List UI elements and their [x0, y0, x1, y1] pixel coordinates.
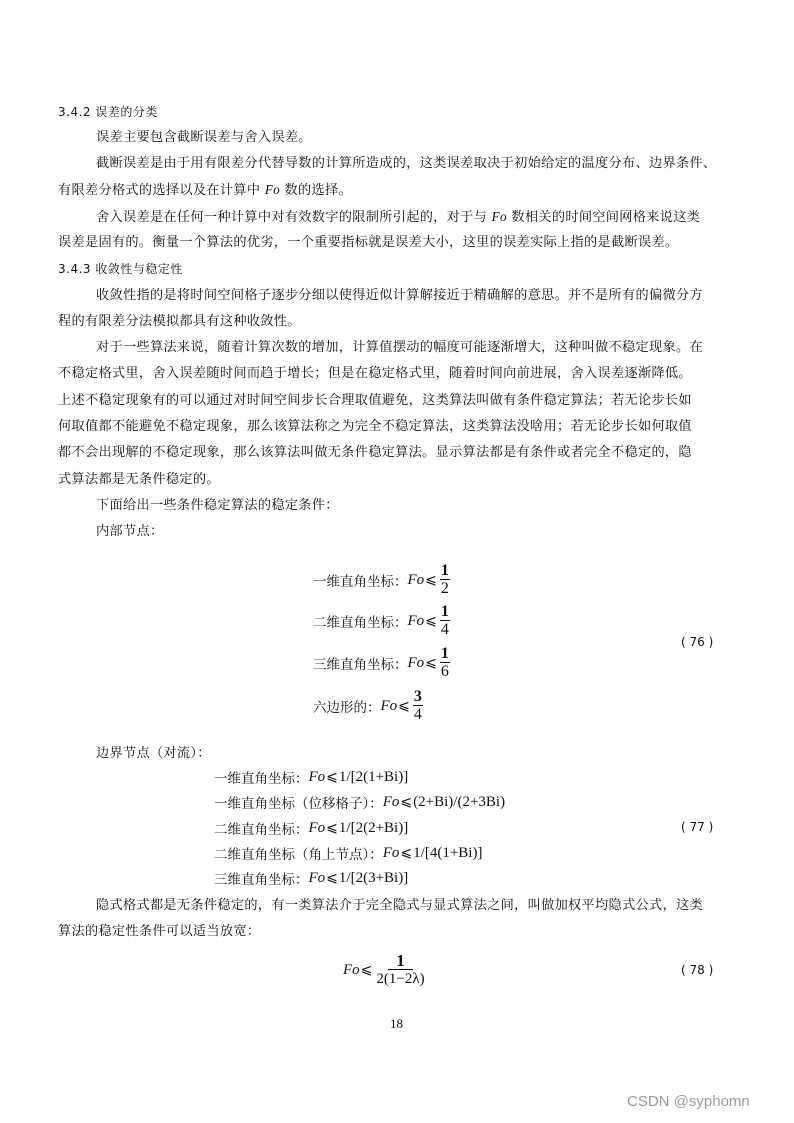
section-heading-3-4-2: 3.4.2 误差的分类: [58, 104, 158, 120]
equation-number: ( 77 ): [681, 820, 713, 834]
fo-symbol: Fo: [408, 655, 425, 672]
boundary-nodes-label: 边界节点（对流）：: [96, 746, 211, 762]
paragraph-line: 何取值都不能避免不稳定现象，那么该算法称之为完全不稳定算法，这类算法没啥用；若无…: [58, 419, 692, 435]
denominator: 6: [440, 663, 450, 681]
paragraph-line: 误差主要包含截断误差与舍入误差。: [96, 130, 312, 146]
fo-symbol: Fo: [309, 769, 326, 786]
equation-row: Fo ⩽ 1 2(1−2λ): [343, 952, 426, 988]
paragraph-line: 收敛性指的是将时间空间格子逐步分细以使得近似计算解接近于精确解的意思。并不是所有…: [96, 288, 703, 304]
equation-label: 二维直角坐标：: [214, 818, 309, 838]
equation-rhs: 1/[2(2+Bi)]: [339, 820, 408, 837]
equation-row: 一维直角坐标： Fo ⩽ 1 2: [313, 562, 450, 598]
equation-rhs: 1/[2(3+Bi)]: [339, 870, 408, 887]
fo-symbol: Fo: [343, 962, 360, 979]
leq-symbol: ⩽: [326, 820, 338, 836]
text-span: 数相关的时间空间网格来说这类: [507, 210, 700, 225]
equation-rhs: 1/[2(1+Bi)]: [339, 769, 408, 786]
equation-row: 六边形的： Fo ⩽ 3 4: [313, 688, 423, 724]
denominator: 2(1−2λ): [375, 970, 425, 988]
watermark: CSDN @syphomn: [627, 1093, 750, 1110]
denominator: 4: [413, 706, 423, 724]
fraction: 1 2: [440, 562, 450, 598]
paragraph-line: 截断误差是由于用有限差分代替导数的计算所造成的，这类误差取决于初始给定的温度分布…: [96, 156, 716, 172]
denominator: 2: [440, 580, 450, 598]
text-span: 有限差分格式的选择以及在计算中: [58, 183, 265, 198]
numerator: 1: [440, 645, 450, 663]
equation-row: 三维直角坐标： Fo ⩽ 1 6: [313, 645, 450, 681]
fo-symbol: Fo: [408, 572, 425, 589]
equation-row: 二维直角坐标： Fo ⩽ 1 4: [313, 603, 450, 639]
leq-symbol: ⩽: [398, 698, 410, 714]
equation-row: 一维直角坐标（位移格子）： Fo ⩽ (2+Bi)/(2+3Bi): [214, 792, 505, 812]
fo-symbol: Fo: [265, 182, 280, 197]
paragraph-line: 误差是固有的。衡量一个算法的优劣，一个重要指标就是误差大小，这里的误差实际上指的…: [58, 235, 678, 251]
section-heading-3-4-3: 3.4.3 收敛性与稳定性: [58, 261, 183, 277]
equation-label: 六边形的：: [313, 696, 381, 716]
leq-symbol: ⩽: [425, 613, 437, 629]
equation-label: 三维直角坐标：: [313, 653, 408, 673]
paragraph-line: 对于一些算法来说，随着计算次数的增加，计算值摆动的幅度可能逐渐增大，这种叫做不稳…: [96, 340, 703, 356]
fo-symbol: Fo: [383, 845, 400, 862]
paragraph-line: 程的有限差分法模拟都具有这种收敛性。: [58, 314, 301, 330]
equation-number: ( 76 ): [681, 635, 713, 649]
equation-row: 二维直角坐标（角上节点）： Fo ⩽ 1/[4(1+Bi)]: [214, 843, 482, 863]
leq-symbol: ⩽: [326, 870, 338, 886]
numerator: 1: [440, 603, 450, 621]
fo-symbol: Fo: [383, 794, 400, 811]
numerator: 3: [413, 688, 423, 706]
fraction: 3 4: [413, 688, 423, 724]
fo-symbol: Fo: [309, 820, 326, 837]
paragraph-line: 有限差分格式的选择以及在计算中 Fo 数的选择。: [58, 182, 352, 199]
paragraph-line: 舍入误差是在任何一种计算中对有效数字的限制所引起的，对于与 Fo 数相关的时间空…: [96, 209, 700, 226]
fo-symbol: Fo: [408, 613, 425, 630]
equation-label: 三维直角坐标：: [214, 868, 309, 888]
paragraph-line: 隐式格式都是无条件稳定的，有一类算法介于完全隐式与显式算法之间，叫做加权平均隐式…: [96, 898, 703, 914]
equation-rhs: 1/[4(1+Bi)]: [413, 845, 482, 862]
equation-row: 二维直角坐标： Fo ⩽ 1/[2(2+Bi)]: [214, 818, 408, 838]
text-span: 舍入误差是在任何一种计算中对有效数字的限制所引起的，对于与: [96, 210, 492, 225]
paragraph-line: 不稳定格式里，舍入误差随时间而趋于增长；但是在稳定格式里，随着时间向前进展，舍入…: [58, 366, 692, 382]
leq-symbol: ⩽: [425, 655, 437, 671]
leq-symbol: ⩽: [400, 845, 412, 861]
numerator: 1: [440, 562, 450, 580]
document-page: 3.4.2 误差的分类 误差主要包含截断误差与舍入误差。 截断误差是由于用有限差…: [0, 0, 794, 1123]
fraction: 1 6: [440, 645, 450, 681]
leq-symbol: ⩽: [361, 962, 373, 978]
equation-label: 一维直角坐标：: [214, 767, 309, 787]
fo-symbol: Fo: [381, 698, 398, 715]
equation-label: 二维直角坐标：: [313, 611, 408, 631]
paragraph-line: 上述不稳定现象有的可以通过对时间空间步长合理取值避免，这类算法叫做有条件稳定算法…: [58, 393, 692, 409]
fraction: 1 4: [440, 603, 450, 639]
paragraph-line: 下面给出一些条件稳定算法的稳定条件：: [96, 498, 339, 514]
interior-nodes-label: 内部节点：: [96, 524, 163, 540]
leq-symbol: ⩽: [326, 769, 338, 785]
equation-number: ( 78 ): [681, 963, 713, 977]
leq-symbol: ⩽: [425, 572, 437, 588]
equation-row: 一维直角坐标： Fo ⩽ 1/[2(1+Bi)]: [214, 767, 408, 787]
equation-row: 三维直角坐标： Fo ⩽ 1/[2(3+Bi)]: [214, 868, 408, 888]
paragraph-line: 式算法都是无条件稳定的。: [58, 472, 220, 488]
equation-label: 二维直角坐标（角上节点）：: [214, 843, 383, 863]
leq-symbol: ⩽: [400, 794, 412, 810]
paragraph-line: 算法的稳定性条件可以适当放宽：: [58, 924, 260, 940]
equation-label: 一维直角坐标：: [313, 570, 408, 590]
page-number: 18: [390, 1016, 403, 1032]
paragraph-line: 都不会出现解的不稳定现象，那么该算法叫做无条件稳定算法。显示算法都是有条件或者完…: [58, 445, 692, 461]
numerator: 1: [388, 952, 413, 970]
fo-symbol: Fo: [309, 870, 326, 887]
equation-rhs: (2+Bi)/(2+3Bi): [413, 794, 505, 811]
fo-symbol: Fo: [492, 209, 507, 224]
fraction: 1 2(1−2λ): [375, 952, 425, 988]
denominator: 4: [440, 621, 450, 639]
equation-label: 一维直角坐标（位移格子）：: [214, 792, 383, 812]
text-span: 数的选择。: [280, 183, 352, 198]
